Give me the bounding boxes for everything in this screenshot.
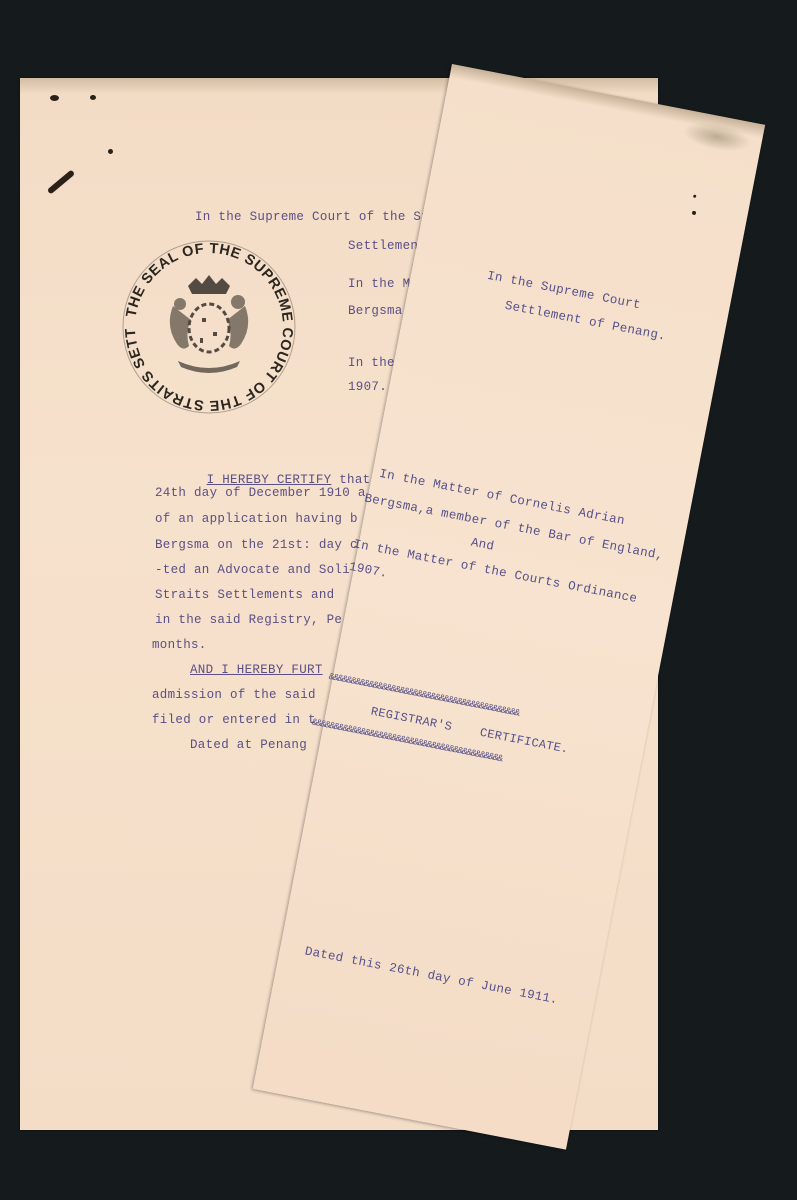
body-line: months. <box>152 639 207 652</box>
svg-text:THE SEAL OF THE SUPREME COURT: THE SEAL OF THE SUPREME COURT OF THE STR… <box>118 236 295 413</box>
matter-line-1: In the M <box>348 278 410 291</box>
burn-mark <box>47 169 75 194</box>
burn-mark <box>692 211 697 216</box>
body-line: -ted an Advocate and Soli <box>155 564 350 577</box>
strip-court-line-2: Settlement of Penang. <box>504 300 667 344</box>
seal-text: THE SEAL OF THE SUPREME COURT OF THE STR… <box>118 236 295 413</box>
strip-dated-line: Dated this 26th day of June 1911. <box>304 945 559 1006</box>
ordinance-line-2: 1907. <box>348 381 387 394</box>
strip-matter-line: And <box>470 537 495 554</box>
certify-heading: I HEREBY CERTIFY <box>207 473 332 487</box>
body-line: in the said Registry, Pe <box>155 614 342 627</box>
ordinance-line-1: In the <box>348 357 395 370</box>
dated-at-penang: Dated at Penang <box>190 739 307 752</box>
strip-matter-line: 1907. <box>348 561 389 581</box>
body-line: Bergsma on the 21st: day c <box>155 539 358 552</box>
burn-mark <box>108 149 113 154</box>
burn-mark <box>90 95 96 100</box>
court-header-line-2: Settlemen <box>348 240 418 253</box>
body-line: admission of the said <box>152 689 316 702</box>
ampersand-border-top: &&&&&&&&&&&&&&&&&&&&&&&&&&&&&&&&&&&&&&&&… <box>328 672 520 718</box>
further-certify-heading: AND I HEREBY FURT <box>190 664 323 677</box>
court-seal-stamp: THE SEAL OF THE SUPREME COURT OF THE STR… <box>118 236 300 418</box>
burn-mark <box>50 95 59 101</box>
certificate-title-left: REGISTRAR'S <box>370 706 453 734</box>
matter-line-2: Bergsma <box>348 305 403 318</box>
certify-line-1: I HEREBY CERTIFY that w <box>191 461 386 486</box>
body-line: filed or entered in t <box>152 714 316 727</box>
court-header-line-1: In the Supreme Court of the St <box>195 211 429 224</box>
body-line: Straits Settlements and <box>155 589 342 602</box>
body-line: of an application having b <box>155 513 358 526</box>
burn-mark <box>693 194 697 198</box>
body-line: 24th day of December 1910 a <box>155 487 366 500</box>
